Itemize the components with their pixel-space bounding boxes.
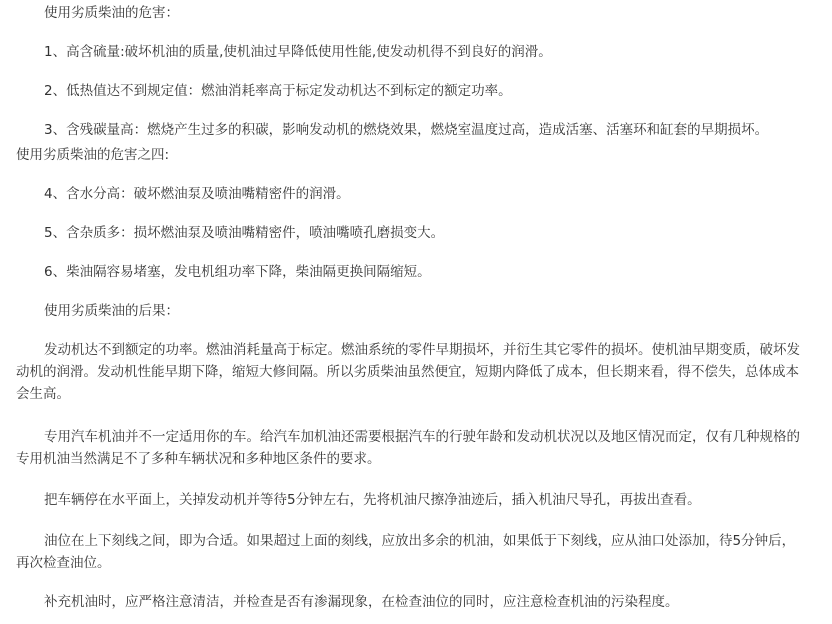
harm-item-6-filter: 6、柴油隔容易堵塞，发电机组功率下降，柴油隔更换间隔缩短。: [16, 261, 806, 283]
harm-item-4-water: 4、含水分高：破坏燃油泵及喷油嘴精密件的润滑。: [16, 183, 806, 205]
consequence-paragraph: 发动机达不到额定的功率。燃油消耗量高于标定。燃油系统的零件早期损坏，并衍生其它零…: [16, 339, 806, 405]
check-oil-step-paragraph: 把车辆停在水平面上，关掉发动机并等待5分钟左右，先将机油尺擦净油迹后，插入机油尺…: [16, 489, 806, 511]
harm-item-5-impurities: 5、含杂质多：损坏燃油泵及喷油嘴精密件，喷油嘴喷孔磨损变大。: [16, 222, 806, 244]
harm-item-2-heat-value: 2、低热值达不到规定值：燃油消耗率高于标定发动机达不到标定的额定功率。: [16, 80, 806, 102]
refill-oil-paragraph: 补充机油时，应严格注意清洁，并检查是否有渗漏现象，在检查油位的同时，应注意检查机…: [16, 591, 806, 613]
harm-item-3-carbon: 3、含残碳量高：燃烧产生过多的积碳，影响发动机的燃烧效果，燃烧室温度过高，造成活…: [16, 119, 816, 141]
oil-level-paragraph: 油位在上下刻线之间，即为合适。如果超过上面的刻线，应放出多余的机油，如果低于下刻…: [16, 530, 806, 574]
consequence-heading: 使用劣质柴油的后果：: [16, 300, 806, 322]
harm-subheading-four: 使用劣质柴油的危害之四:: [16, 144, 806, 166]
harm-item-1-sulfur: 1、高含硫量:破坏机油的质量,使机油过早降低使用性能,使发动机得不到良好的润滑。: [16, 41, 806, 63]
engine-oil-paragraph: 专用汽车机油并不一定适用你的车。给汽车加机油还需要根据汽车的行驶年龄和发动机状况…: [16, 426, 806, 470]
harm-heading: 使用劣质柴油的危害：: [16, 2, 806, 24]
